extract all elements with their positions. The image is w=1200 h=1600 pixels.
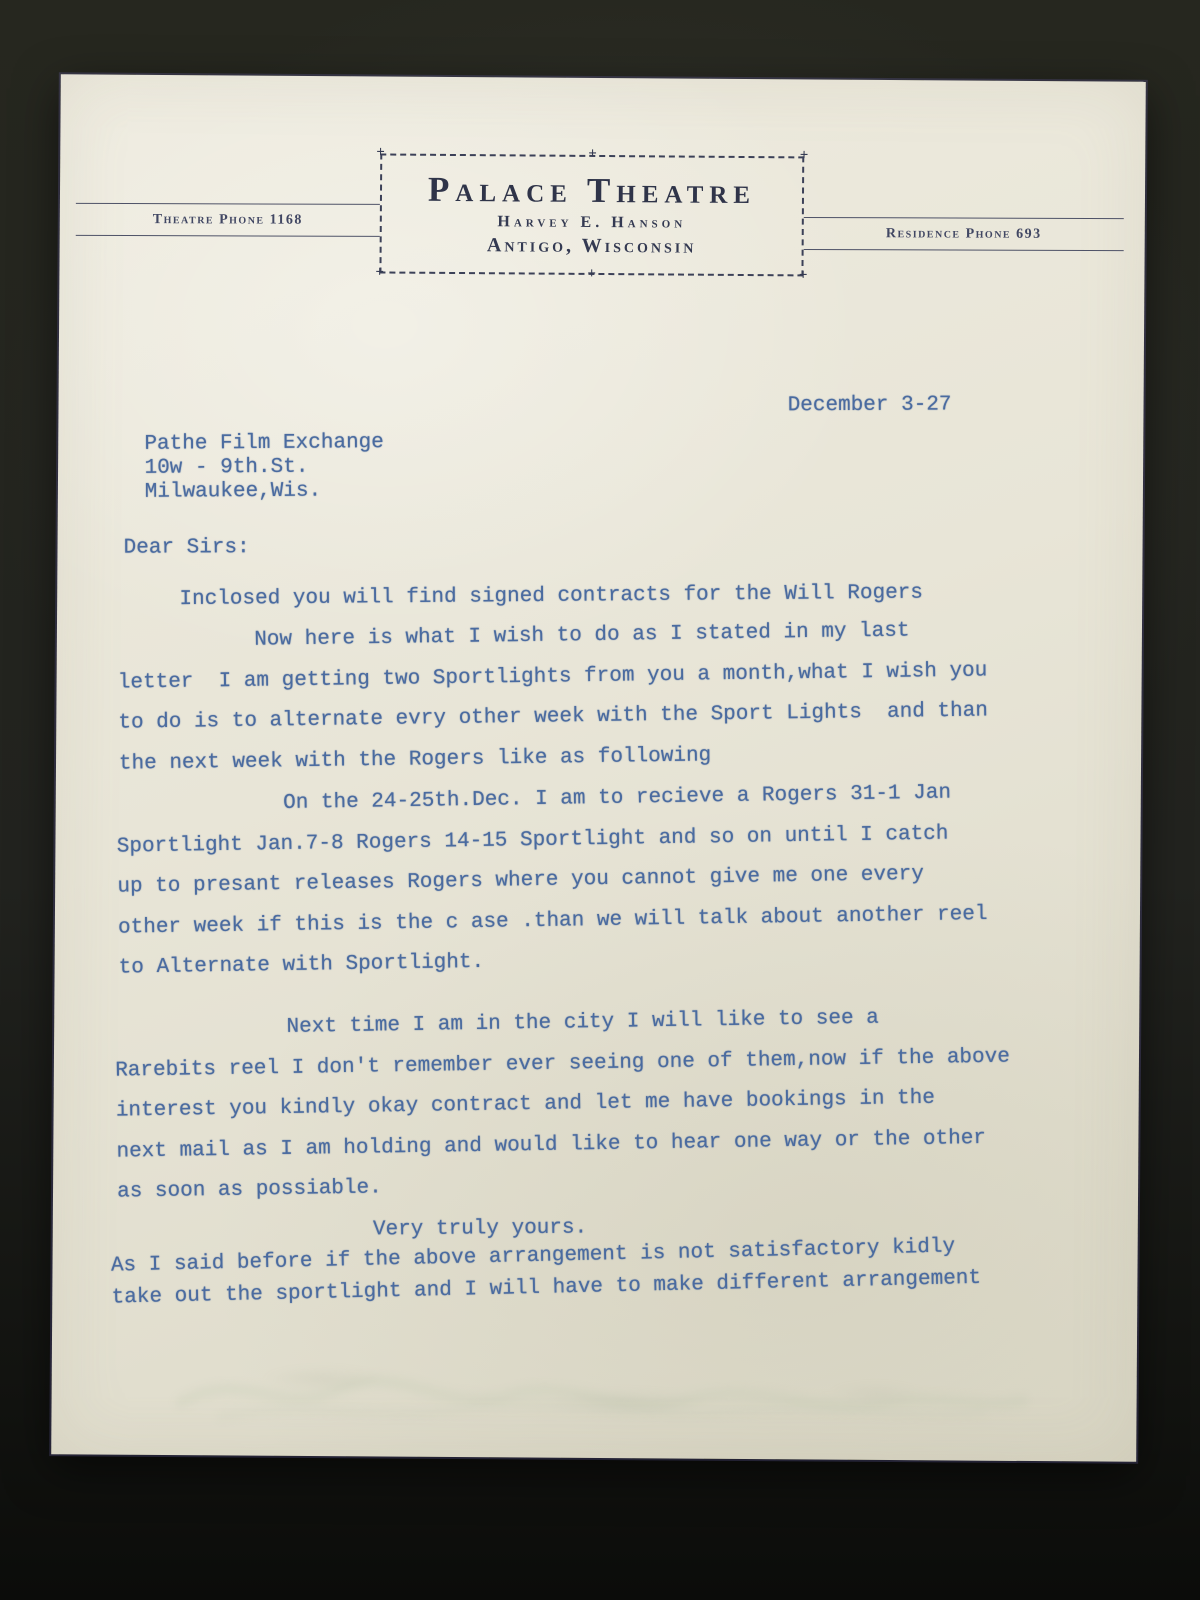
residence-phone-label: Residence Phone 693 <box>886 226 1042 243</box>
salutation: Dear Sirs: <box>124 536 250 559</box>
photo-background: Theatre Phone 1168 + + + + + + Palace Th… <box>0 0 1200 1600</box>
edge-cross-icon: + <box>588 147 597 162</box>
body-paragraph-3: On the 24-25th.Dec. I am to recieve a Ro… <box>116 772 1079 990</box>
letter-paper: Theatre Phone 1168 + + + + + + Palace Th… <box>51 74 1146 1462</box>
corner-cross-icon: + <box>800 148 809 163</box>
body-paragraph-4: Next time I am in the city I will like t… <box>114 996 1077 1214</box>
corner-cross-icon: + <box>799 268 808 283</box>
typed-line: Milwaukee,Wis. <box>145 479 385 505</box>
corner-cross-icon: + <box>375 265 384 280</box>
typed-line: 10w - 9th.St. <box>144 455 384 481</box>
letterhead-location: Antigo, Wisconsin <box>382 233 802 259</box>
recipient-address: Pathe Film Exchange10w - 9th.St.Milwauke… <box>144 431 384 505</box>
letterhead-proprietor: Harvey E. Hanson <box>382 212 802 233</box>
edge-cross-icon: + <box>587 267 596 282</box>
theatre-phone-label: Theatre Phone 1168 <box>153 212 303 229</box>
closing-line: Very truly yours. <box>373 1217 587 1242</box>
bleed-through-squiggle <box>121 1357 1041 1433</box>
letter-date: December 3-27 <box>788 393 952 417</box>
letterhead-border-box: + + + + + + Palace Theatre Harvey E. Han… <box>379 153 804 276</box>
typed-line: Pathe Film Exchange <box>144 431 384 457</box>
residence-phone-rule: Residence Phone 693 <box>804 217 1124 251</box>
theatre-phone-rule: Theatre Phone 1168 <box>76 203 380 237</box>
corner-cross-icon: + <box>376 145 385 160</box>
body-paragraph-2: Now here is what I wish to do as I state… <box>117 609 1079 784</box>
letterhead-business-name: Palace Theatre <box>382 169 802 212</box>
bleed-through-stain <box>121 1357 1041 1433</box>
postscript: As I said before if the above arrangemen… <box>111 1228 1092 1314</box>
